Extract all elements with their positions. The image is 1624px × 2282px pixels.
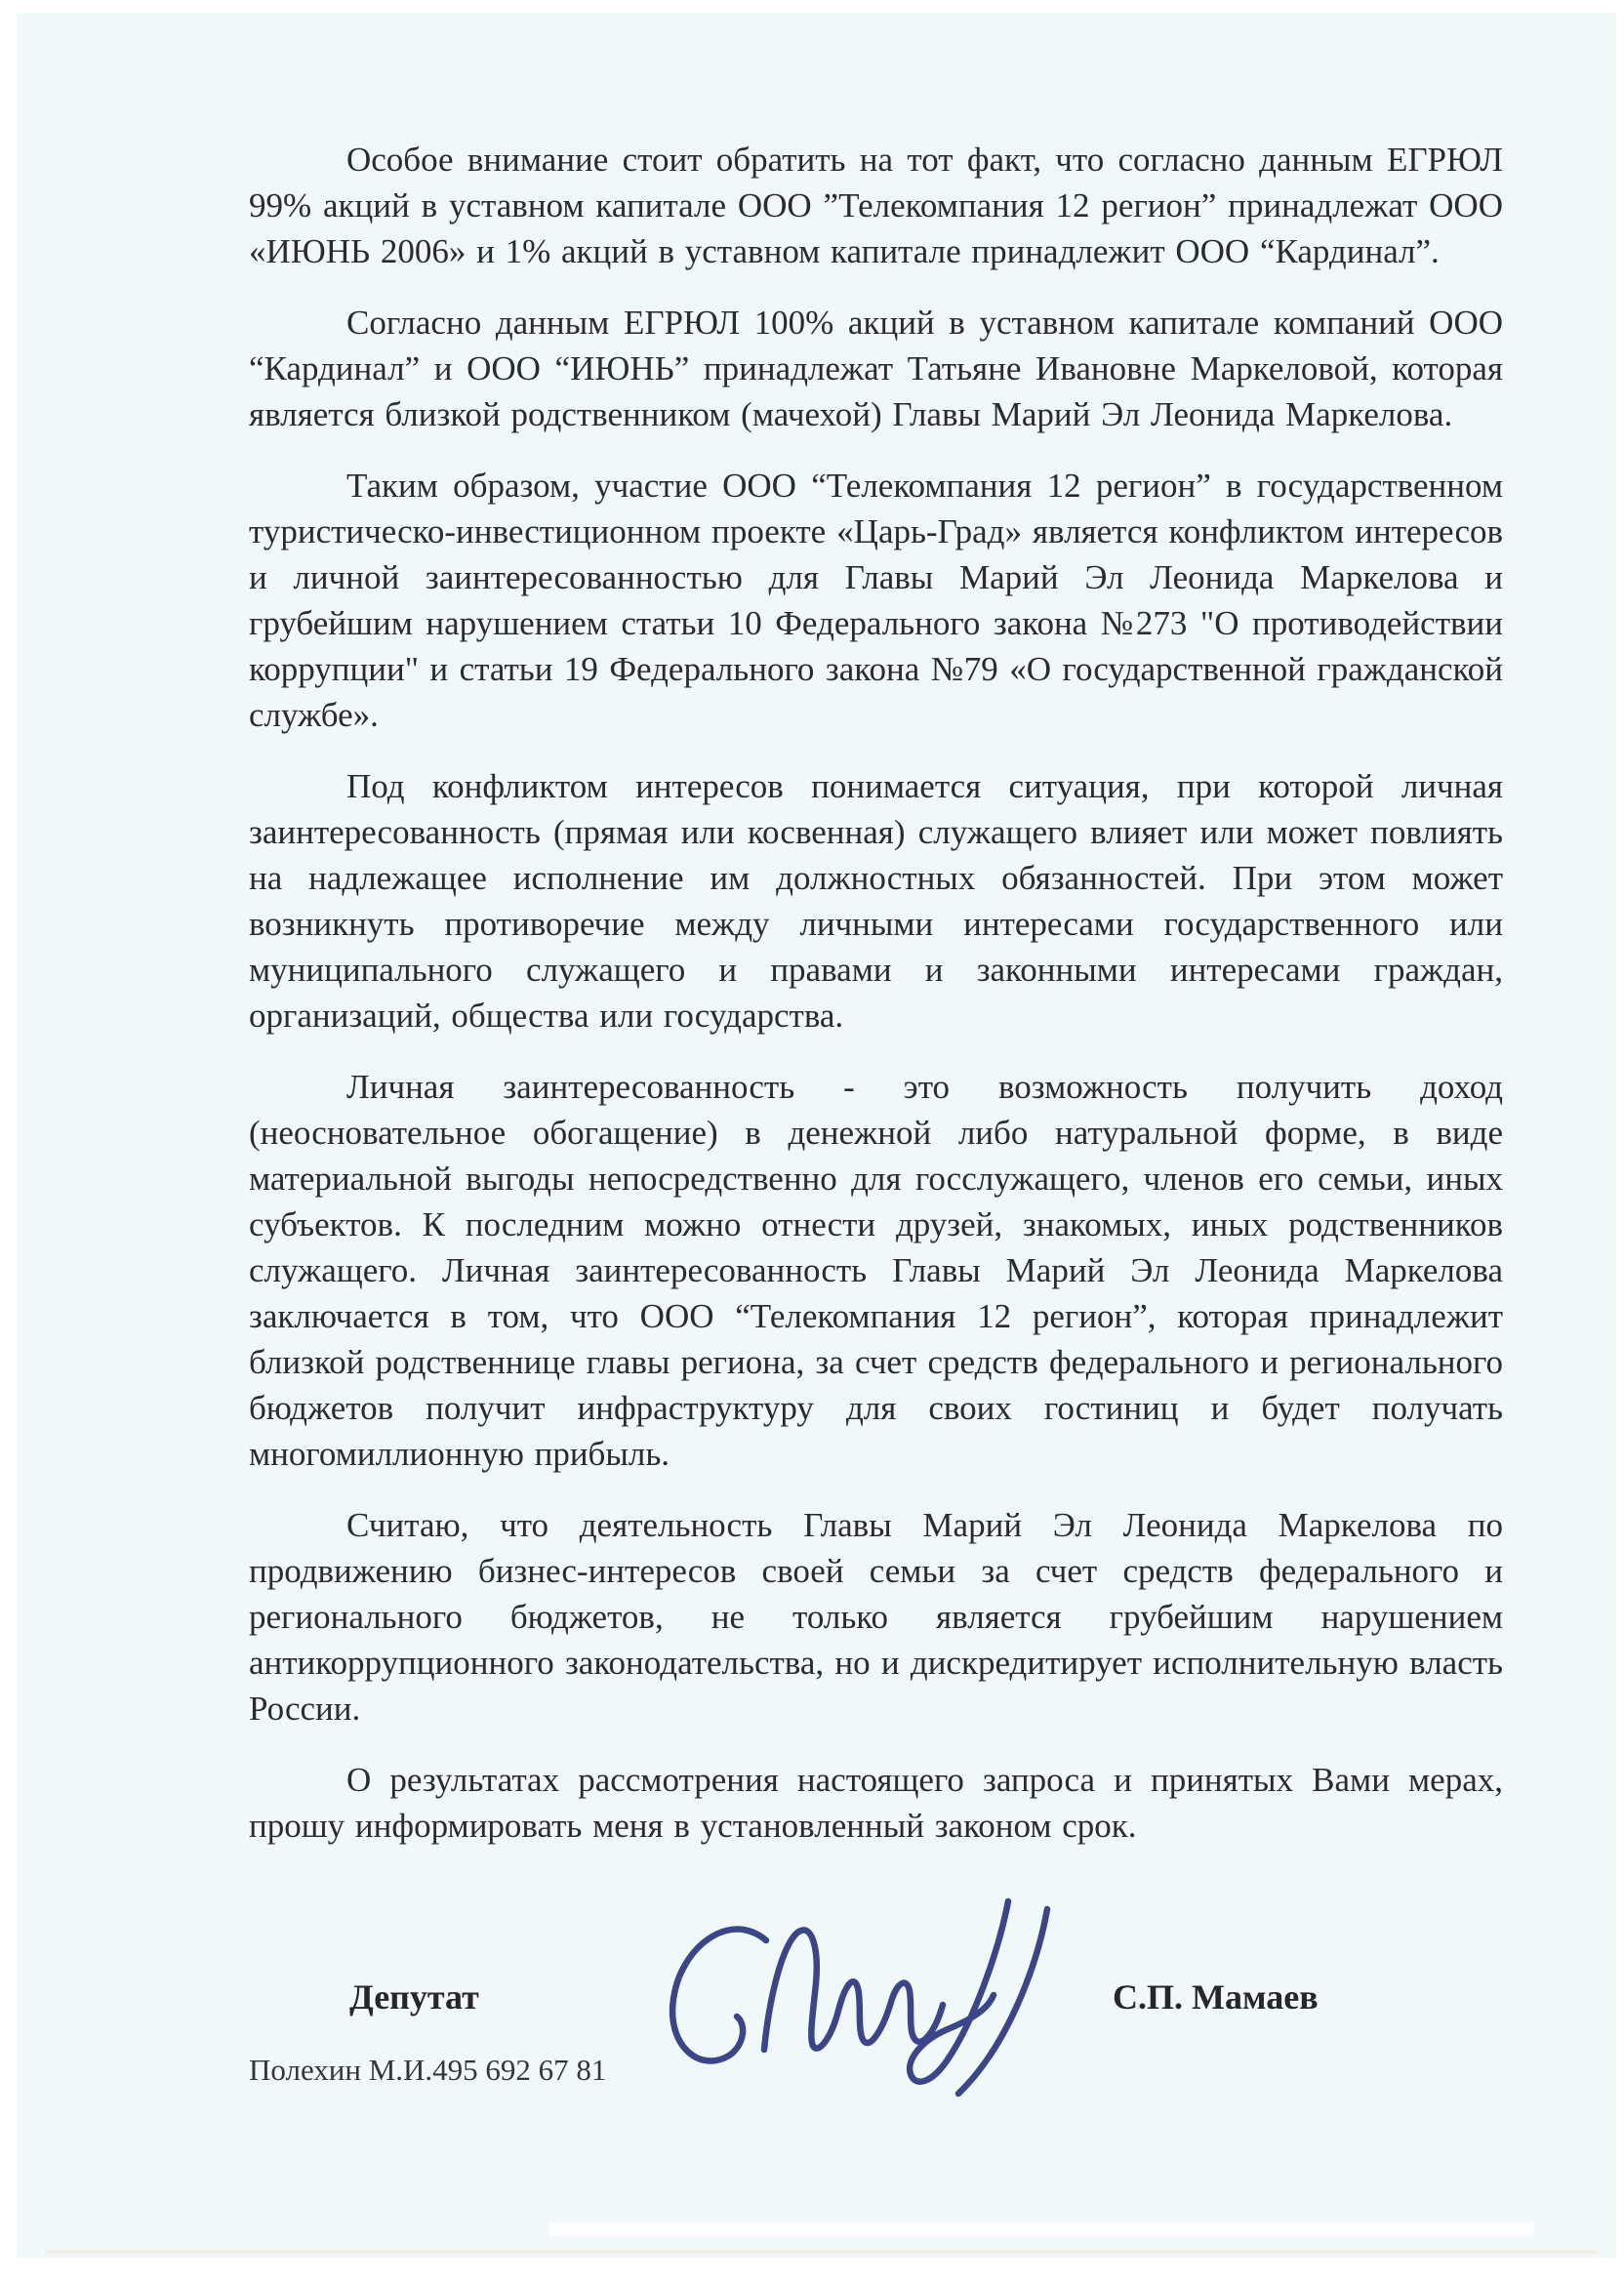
- paragraph-owner-markelova: Согласно данным ЕГРЮЛ 100% акций в устав…: [249, 300, 1503, 437]
- paragraph-shares-egrul: Особое внимание стоит обратить на тот фа…: [249, 137, 1503, 274]
- handwritten-signature-icon: [620, 1892, 1127, 2111]
- signatory-name: С.П. Мамаев: [1113, 1976, 1319, 2017]
- paragraph-conflict-of-interest-laws: Таким образом, участие ООО “Телекомпания…: [249, 463, 1503, 738]
- executor-contact-line: Полехин М.И.495 692 67 81: [249, 2053, 606, 2088]
- scanner-edge-line: [46, 2250, 1597, 2254]
- scanner-artifact-band: [548, 2222, 1534, 2236]
- paper-sheet: Особое внимание стоит обратить на тот фа…: [17, 13, 1616, 2258]
- letter-body: Особое внимание стоит обратить на тот фа…: [249, 137, 1503, 1874]
- paragraph-request-reply: О результатах рассмотрения настоящего за…: [249, 1757, 1503, 1849]
- scanned-letter-page: { "page": { "paper_color": "#f1f8fa", "i…: [0, 0, 1624, 2282]
- paragraph-personal-interest: Личная заинтересованность - это возможно…: [249, 1064, 1503, 1477]
- paragraph-conclusion: Считаю, что деятельность Главы Марий Эл …: [249, 1502, 1503, 1732]
- signatory-role-label: Депутат: [349, 1976, 479, 2017]
- paragraph-conflict-definition: Под конфликтом интересов понимается ситу…: [249, 763, 1503, 1039]
